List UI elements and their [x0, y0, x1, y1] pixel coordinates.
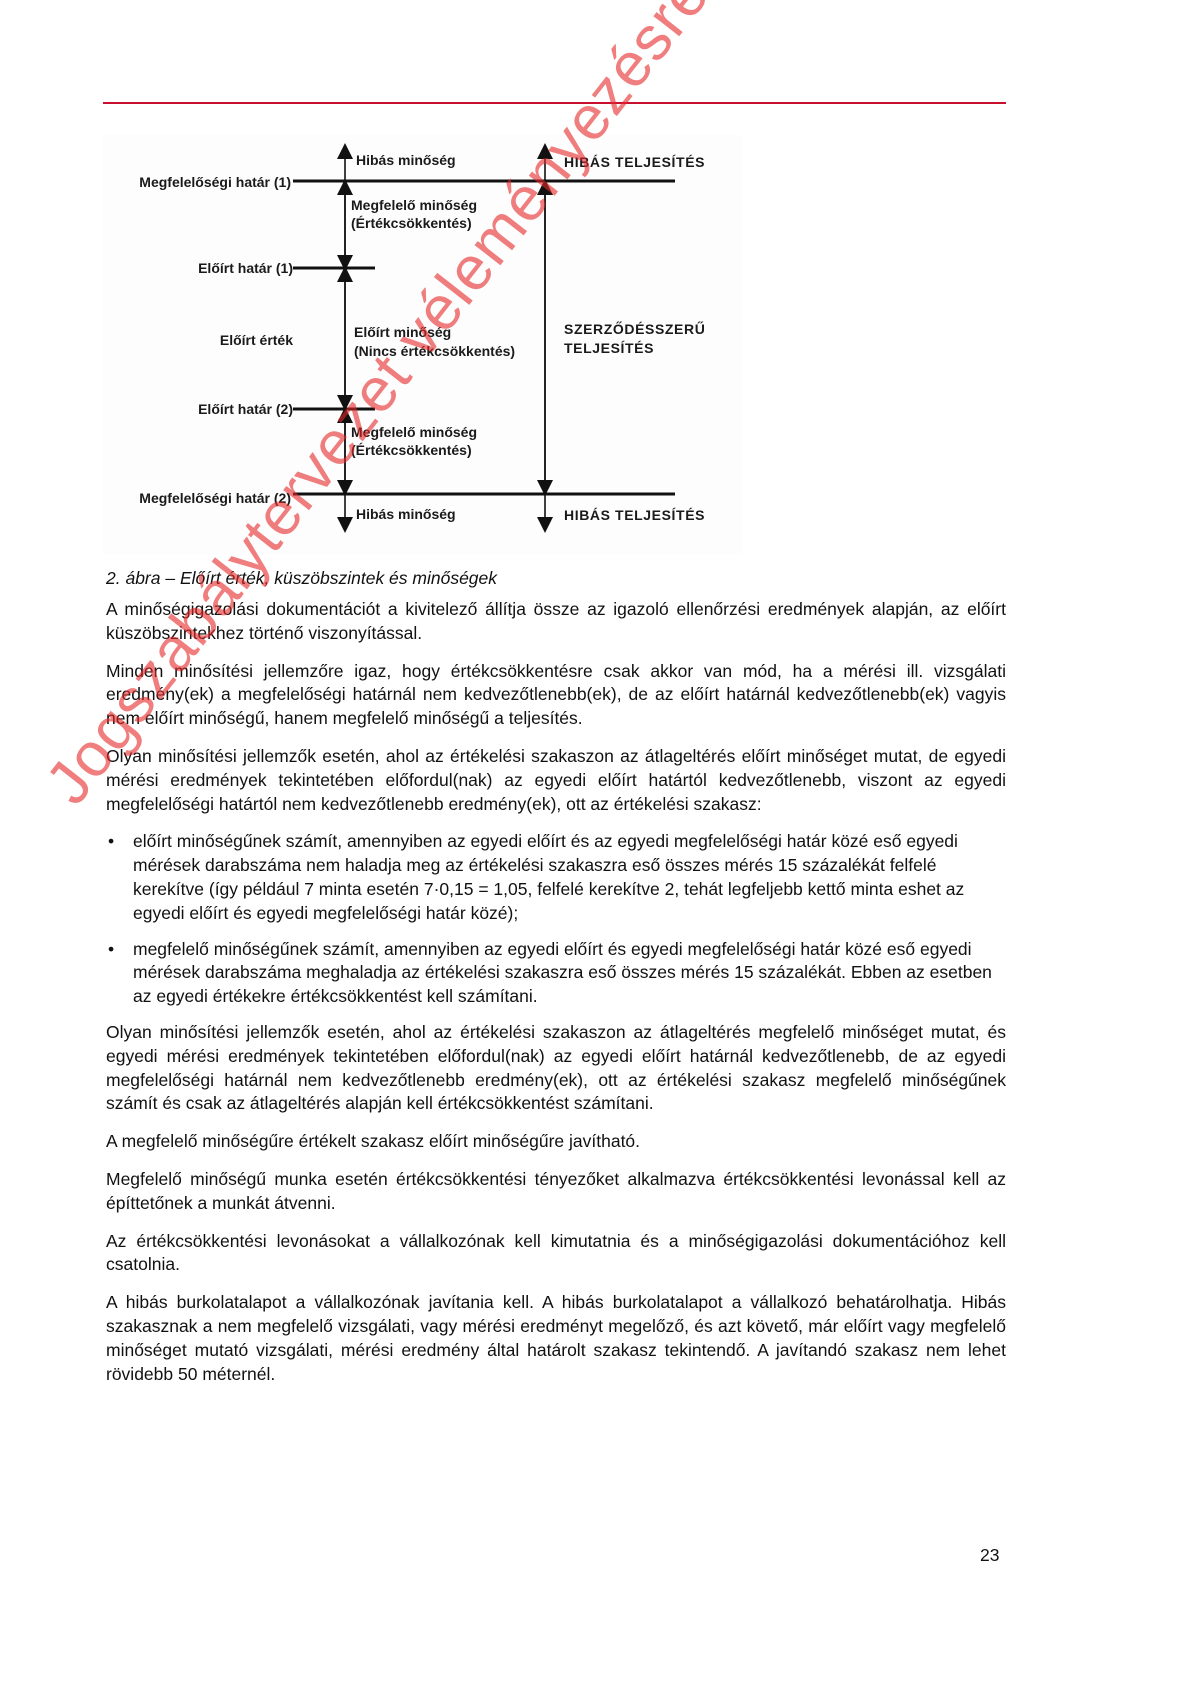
paragraph: A minőségigazolási dokumentációt a kivit… — [106, 598, 1006, 646]
paragraph: Minden minősítési jellemzőre igaz, hogy … — [106, 660, 1006, 731]
label-defective-performance-bottom: HIBÁS TELJESÍTÉS — [564, 506, 705, 524]
label-adequate-quality-top: Megfelelő minőség — [351, 196, 477, 214]
list-item-text: megfelelő minőségűnek számít, amennyiben… — [133, 939, 992, 1007]
label-adequate-quality-bottom-note: (Értékcsökkentés) — [351, 441, 472, 459]
bullet-list: • előírt minőségűnek számít, amennyiben … — [106, 830, 1006, 1009]
page-number: 23 — [980, 1545, 999, 1566]
paragraph: A megfelelő minőségűre értékelt szakasz … — [106, 1130, 1006, 1154]
label-adequate-quality-bottom: Megfelelő minőség — [351, 423, 477, 441]
body-text: A minőségigazolási dokumentációt a kivit… — [106, 598, 1006, 1400]
label-prescribed-limit-1: Előírt határ (1) — [198, 259, 293, 277]
header-rule — [103, 102, 1006, 104]
label-defective-performance-top: HIBÁS TELJESÍTÉS — [564, 153, 705, 171]
label-compliance-limit-1: Megfelelőségi határ (1) — [139, 173, 291, 191]
label-prescribed-limit-2: Előírt határ (2) — [198, 400, 293, 418]
paragraph: Megfelelő minőségű munka esetén értékcsö… — [106, 1168, 1006, 1216]
label-prescribed-quality: Előírt minőség — [354, 323, 451, 341]
label-contractual-performance-2: TELJESÍTÉS — [564, 339, 654, 357]
paragraph: Olyan minősítési jellemzők esetén, ahol … — [106, 745, 1006, 816]
paragraph: Az értékcsökkentési levonásokat a vállal… — [106, 1230, 1006, 1278]
bullet-icon: • — [108, 938, 114, 962]
figure-caption: 2. ábra – Előírt érték, küszöbszintek és… — [106, 568, 497, 589]
quality-threshold-diagram: Megfelelőségi határ (1) Előírt határ (1)… — [103, 135, 743, 555]
list-item: • megfelelő minőségűnek számít, amennyib… — [106, 938, 1006, 1009]
list-item: • előírt minőségűnek számít, amennyiben … — [106, 830, 1006, 925]
paragraph: A hibás burkolatalapot a vállalkozónak j… — [106, 1291, 1006, 1386]
label-contractual-performance: SZERZŐDÉSSZERŰ — [564, 320, 705, 338]
label-defective-quality-top: Hibás minőség — [356, 151, 456, 169]
label-compliance-limit-2: Megfelelőségi határ (2) — [139, 489, 291, 507]
list-item-text: előírt minőségűnek számít, amennyiben az… — [133, 831, 964, 922]
paragraph: Olyan minősítési jellemzők esetén, ahol … — [106, 1021, 1006, 1116]
label-prescribed-value: Előírt érték — [220, 331, 293, 349]
label-adequate-quality-top-note: (Értékcsökkentés) — [351, 214, 472, 232]
label-prescribed-quality-note: (Nincs értékcsökkentés) — [354, 342, 515, 360]
bullet-icon: • — [108, 830, 114, 854]
label-defective-quality-bottom: Hibás minőség — [356, 505, 456, 523]
